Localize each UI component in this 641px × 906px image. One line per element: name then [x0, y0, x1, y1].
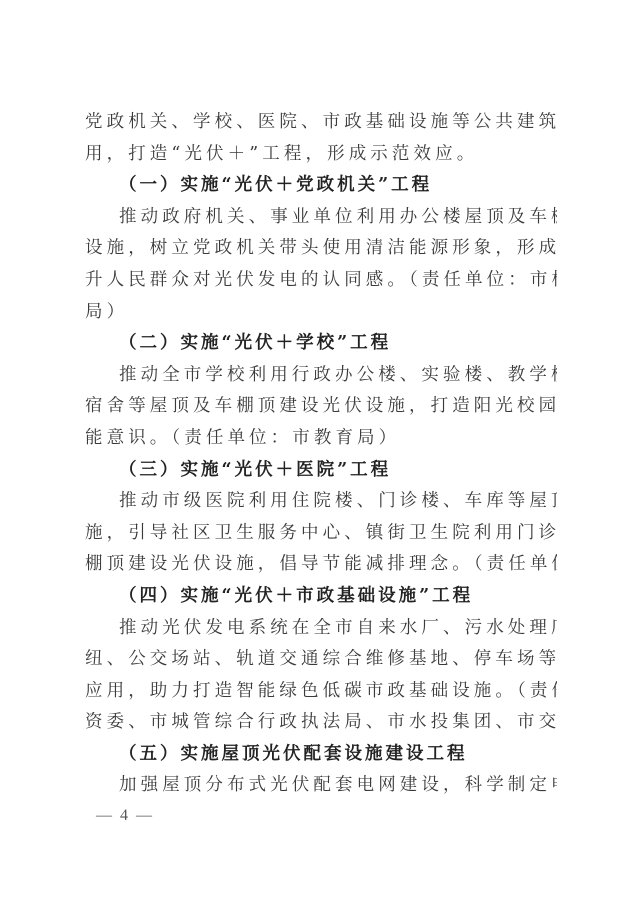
paragraph-line: 推动政府机关、事业单位利用办公楼屋顶及车棚顶建设光伏	[85, 202, 557, 234]
paragraph-line: 党政机关、学校、医院、市政基础设施等公共建筑发展光伏应	[85, 107, 557, 139]
paragraph-line: 能意识。（责任单位：市教育局）	[85, 423, 557, 455]
paragraph-line: 设施，树立党政机关带头使用清洁能源形象，形成示范效应，提	[85, 233, 557, 265]
paragraph-line: 应用，助力打造智能绿色低碳市政基础设施。（责任单位：市国	[85, 676, 557, 708]
paragraph-line: 施，引导社区卫生服务中心、镇街卫生院利用门诊楼等屋顶及车	[85, 518, 557, 550]
page-number: — 4 —	[96, 807, 154, 825]
paragraph-line: 用，打造“光伏＋”工程，形成示范效应。	[85, 139, 557, 171]
section-heading-5: （五）实施屋顶光伏配套设施建设工程	[85, 739, 557, 771]
paragraph-line: 棚顶建设光伏设施，倡导节能减排理念。（责任单位：市卫健委）	[85, 549, 557, 581]
paragraph-line: 推动市级医院利用住院楼、门诊楼、车库等屋顶建设光伏设	[85, 486, 557, 518]
paragraph-line: 资委、市城管综合行政执法局、市水投集团、市交投集团）	[85, 707, 557, 739]
paragraph-line: 局）	[85, 297, 557, 329]
document-body: 党政机关、学校、医院、市政基础设施等公共建筑发展光伏应 用，打造“光伏＋”工程，…	[85, 107, 557, 802]
section-heading-1: （一）实施“光伏＋党政机关”工程	[85, 170, 557, 202]
paragraph-line: 纽、公交场站、轨道交通综合维修基地、停车场等市政基础设施	[85, 644, 557, 676]
paragraph-line: 升人民群众对光伏发电的认同感。（责任单位：市机关事务管理	[85, 265, 557, 297]
document-page: 党政机关、学校、医院、市政基础设施等公共建筑发展光伏应 用，打造“光伏＋”工程，…	[0, 0, 641, 906]
paragraph-line: 宿舍等屋顶及车棚顶建设光伏设施，打造阳光校园，培养学生节	[85, 391, 557, 423]
paragraph-line: 加强屋顶分布式光伏配套电网建设，科学制定电网建设投资	[85, 770, 557, 802]
section-heading-4: （四）实施“光伏＋市政基础设施”工程	[85, 581, 557, 613]
section-heading-2: （二）实施“光伏＋学校”工程	[85, 328, 557, 360]
paragraph-line: 推动全市学校利用行政办公楼、实验楼、教学楼、图书馆、	[85, 360, 557, 392]
section-heading-3: （三）实施“光伏＋医院”工程	[85, 455, 557, 487]
paragraph-line: 推动光伏发电系统在全市自来水厂、污水处理厂、交通枢	[85, 613, 557, 645]
